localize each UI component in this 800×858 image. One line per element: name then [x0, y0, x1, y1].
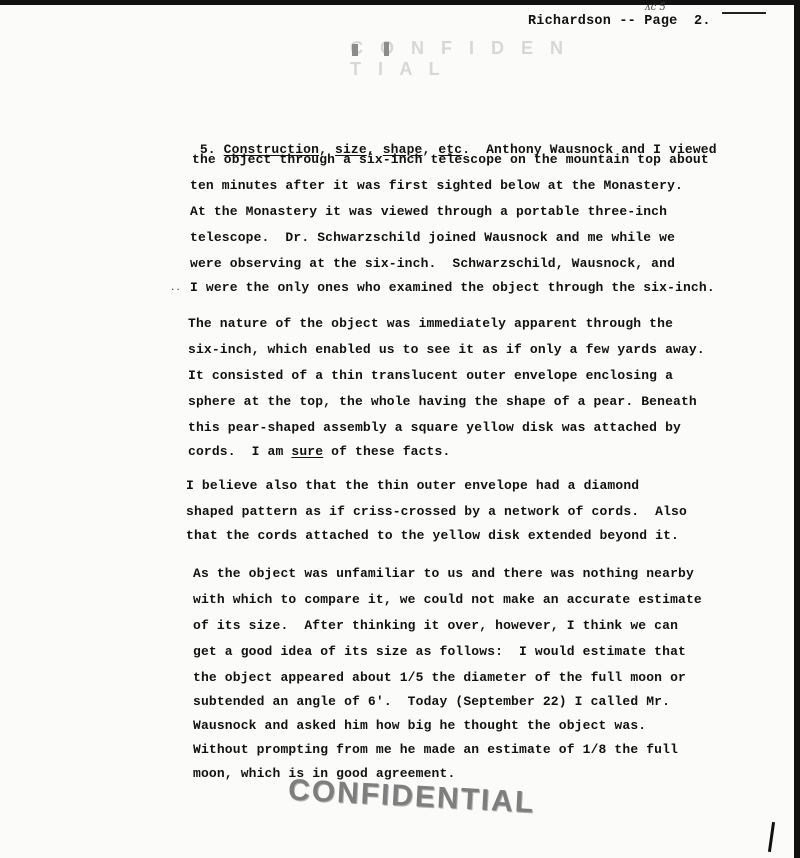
scan-right-edge: [794, 0, 800, 858]
top-dash-mark: [722, 12, 766, 14]
document-page: ᴧᴄ 5 Richardson -- Page 2. C O N F I D E…: [0, 0, 800, 858]
text-line: the object appeared about 1/5 the diamet…: [193, 670, 686, 686]
text-line: cords. I am sure of these facts.: [188, 444, 450, 460]
text-line: subtended an angle of 6'. Today (Septemb…: [193, 694, 670, 710]
text-line: were observing at the six-inch. Schwarzs…: [190, 256, 675, 272]
text-line: the object through a six-inch telescope …: [192, 152, 709, 168]
confidential-stamp: CONFIDENTIAL: [287, 774, 536, 821]
margin-mark: ..: [170, 283, 181, 293]
text-line: I were the only ones who examined the ob…: [190, 280, 715, 296]
text-fragment: cords. I am: [188, 444, 291, 459]
text-line: At the Monastery it was viewed through a…: [190, 204, 667, 220]
text-line: that the cords attached to the yellow di…: [186, 528, 679, 544]
text-line: with which to compare it, we could not m…: [193, 592, 702, 608]
text-line: shaped pattern as if criss-crossed by a …: [186, 504, 687, 520]
ink-blot: [352, 44, 358, 56]
page-header: Richardson -- Page 2.: [528, 14, 711, 29]
ink-blot: [384, 42, 389, 56]
text-line: It consisted of a thin translucent outer…: [188, 368, 673, 384]
text-line: get a good idea of its size as follows: …: [193, 644, 686, 660]
faded-stamp-text: C O N F I D E N T I A L: [350, 38, 569, 79]
handwritten-mark: ᴧᴄ 5: [645, 2, 666, 13]
scan-top-edge: [0, 0, 800, 5]
text-line: sphere at the top, the whole having the …: [188, 394, 697, 410]
text-fragment: of these facts.: [323, 444, 450, 459]
text-line: The nature of the object was immediately…: [188, 316, 673, 332]
text-line: telescope. Dr. Schwarzschild joined Waus…: [190, 230, 675, 246]
text-line: ten minutes after it was first sighted b…: [190, 178, 683, 194]
text-line: Without prompting from me he made an est…: [193, 742, 678, 758]
pen-stroke-mark: [768, 822, 775, 852]
text-line: As the object was unfamiliar to us and t…: [193, 566, 694, 582]
text-line: of its size. After thinking it over, how…: [193, 618, 678, 634]
faded-stamp: C O N F I D E N T I A L: [350, 38, 580, 64]
text-line: I believe also that the thin outer envel…: [186, 478, 639, 494]
text-line: Wausnock and asked him how big he though…: [193, 718, 646, 734]
text-line: six-inch, which enabled us to see it as …: [188, 342, 705, 358]
emphasis-sure: sure: [291, 444, 323, 459]
text-line: this pear-shaped assembly a square yello…: [188, 420, 681, 436]
